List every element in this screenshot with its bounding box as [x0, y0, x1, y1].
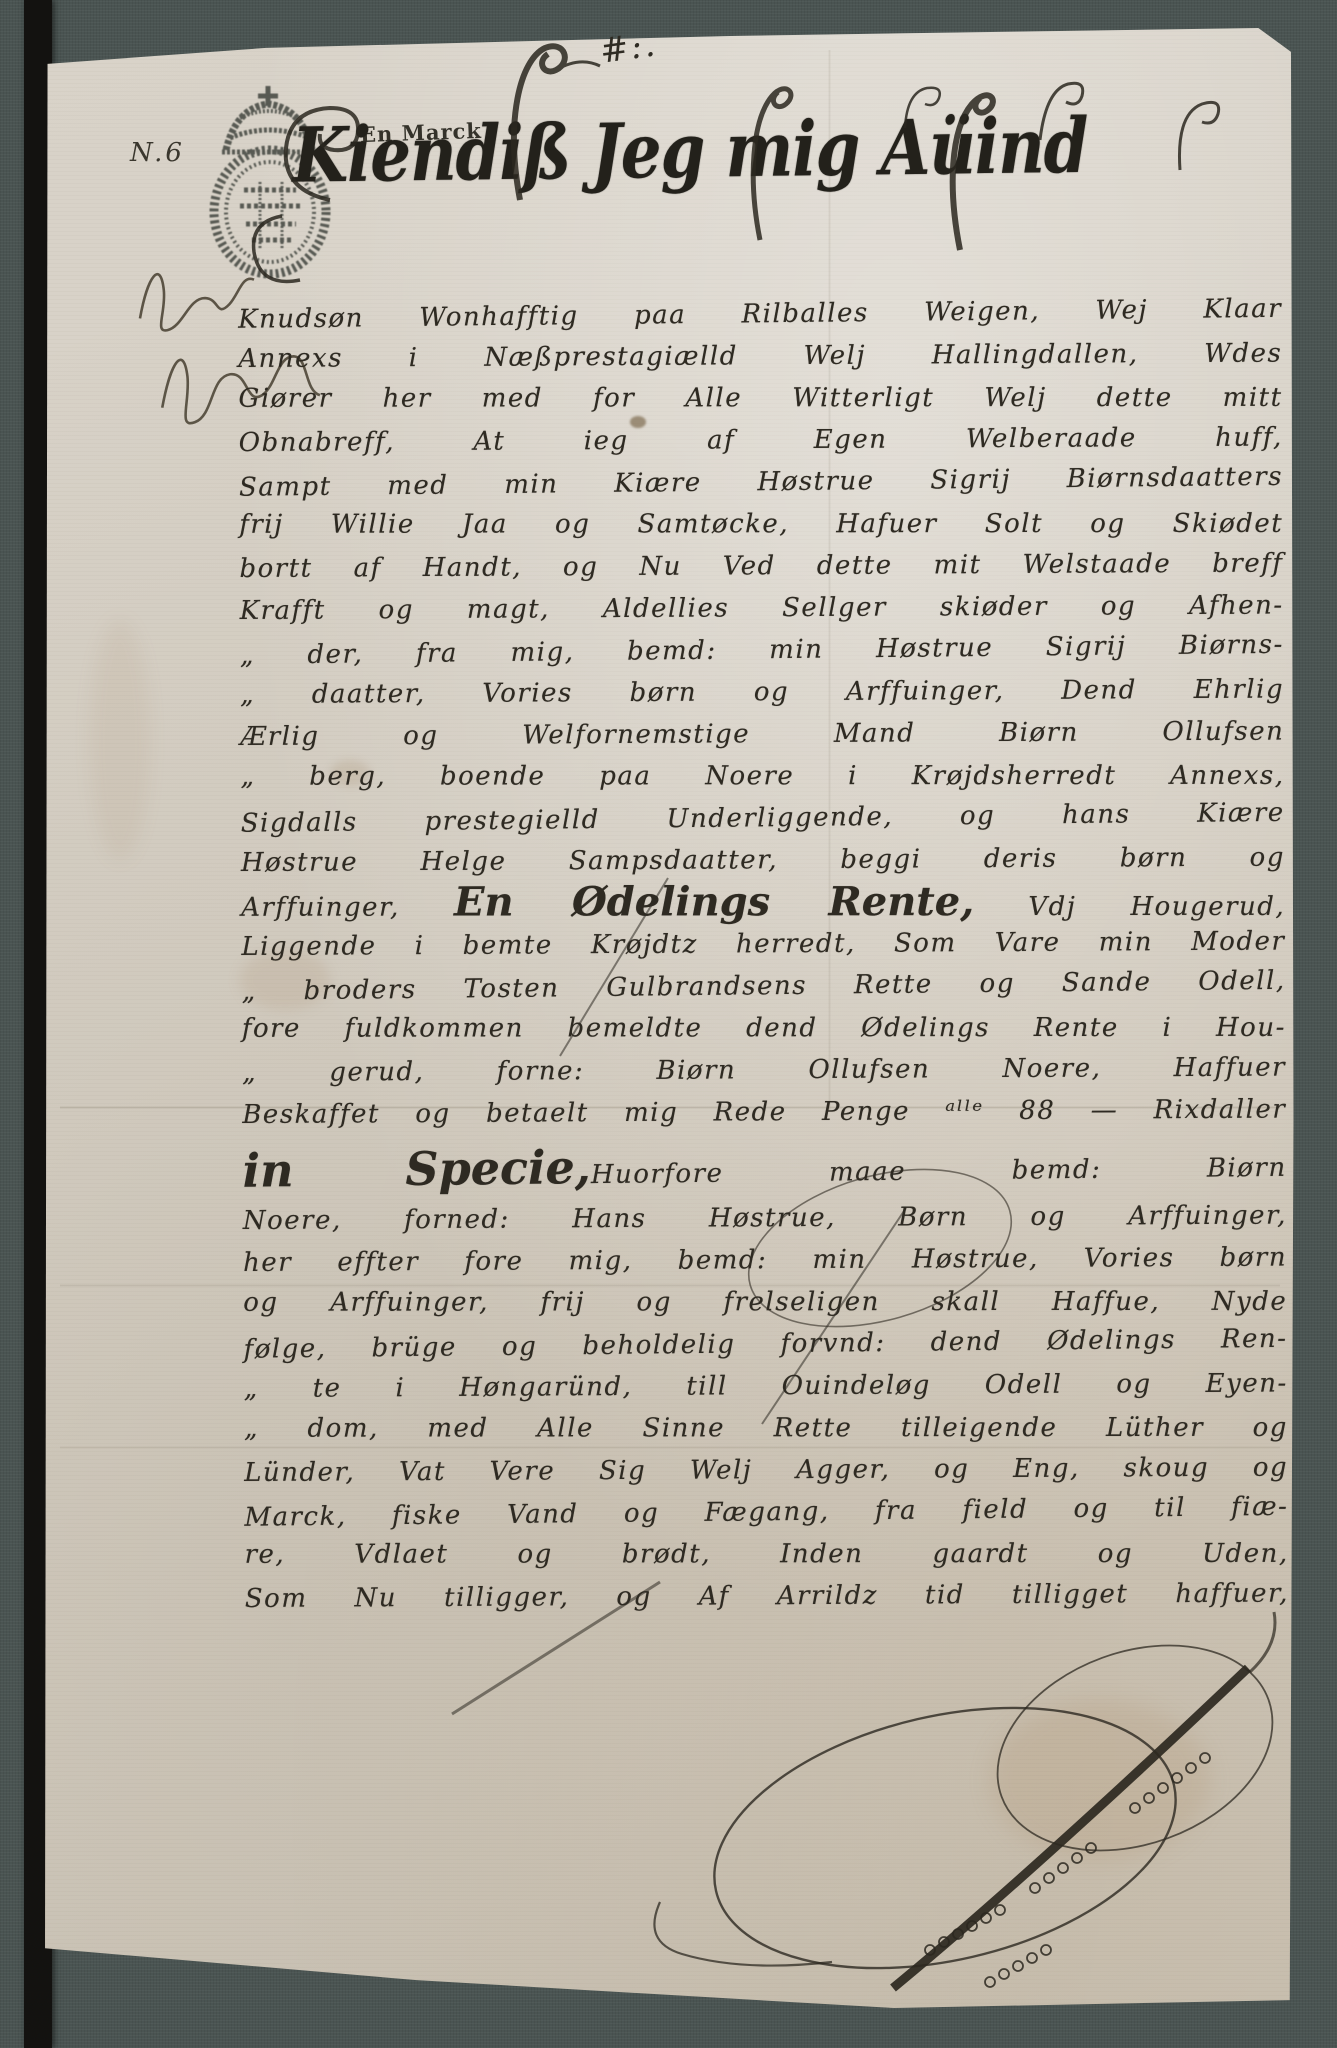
- manuscript-line: re, Vdlaet og brødt, Inden gaardt og Ude…: [245, 1533, 1289, 1576]
- manuscript-line: Noere, forned: Hans Høstrue, Børn og Arf…: [243, 1195, 1287, 1242]
- calligraphic-heading: Kiendiß Jeg mig Aüind: [292, 103, 1033, 201]
- manuscript-line: Høstrue Helge Sampsdaatter, beggi deris …: [241, 837, 1285, 884]
- archive-number: N.6: [130, 138, 185, 168]
- manuscript-line: Ærlig og Welfornemstige Mand Biørn Olluf…: [240, 711, 1284, 758]
- manuscript-line: Annexs i Næßprestagiælld Welj Hallingdal…: [238, 333, 1282, 380]
- manuscript-line: Som Nu tilligger, og Af Arrildz tid till…: [245, 1573, 1289, 1620]
- manuscript-line: in Specie,Huorfore maae bemd: Biørn: [242, 1128, 1287, 1203]
- manuscript-line: „ berg, boende paa Noere i Krøjdsherredt…: [241, 755, 1285, 798]
- manuscript-line: Sampt med min Kiære Høstrue Sigrij Biørn…: [239, 456, 1283, 509]
- manuscript-line: Arffuinger, En Ødelings Rente, Vdj Houge…: [241, 881, 1285, 924]
- manuscript-line: her effter fore mig, bemd: min Høstrue, …: [243, 1237, 1287, 1284]
- manuscript-line: „ broders Tosten Gulbrandsens Rette og S…: [241, 960, 1285, 1013]
- manuscript-line: „ gerud, forne: Biørn Ollufsen Noere, Ha…: [242, 1047, 1286, 1094]
- manuscript-line: Giører her med for Alle Witterligt Welj …: [239, 377, 1283, 420]
- manuscript-line: og Arffuinger, frij og frelseligen skall…: [243, 1281, 1287, 1324]
- manuscript-line: „ daatter, Vories børn og Arffuinger, De…: [240, 669, 1284, 716]
- manuscript-line: bortt af Handt, og Nu Ved dette mit Wels…: [239, 543, 1283, 590]
- manuscript-line: fore fuldkommen bemeldte dend Ødelings R…: [242, 1007, 1286, 1050]
- hash-mark: #:.: [597, 24, 659, 72]
- manuscript-line: „ te i Høngaründ, till Ouindeløg Odell o…: [244, 1363, 1288, 1410]
- manuscript-line: frij Willie Jaa og Samtøcke, Hafuer Solt…: [239, 503, 1283, 546]
- manuscript-text: Knudsøn Wonhafftig paa Rilballes Weigen,…: [238, 291, 1289, 1620]
- archival-scan: N.6 En Marck #:. Kiendiß Jeg mig Aüind: [0, 0, 1337, 2048]
- manuscript-line: „ dom, med Alle Sinne Rette tilleigende …: [244, 1407, 1288, 1450]
- manuscript-line: Marck, fiske Vand og Fægang, fra field o…: [244, 1486, 1288, 1539]
